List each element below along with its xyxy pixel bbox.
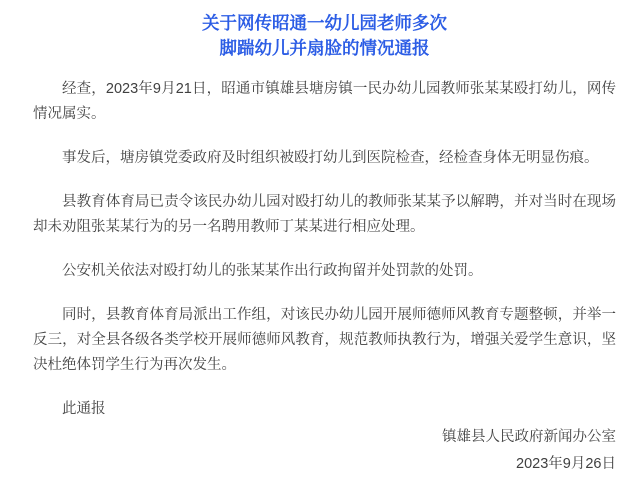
notice-paragraph-1: 经查，2023年9月21日，昭通市镇雄县塘房镇一民办幼儿园教师张某某殴打幼儿，网… [33, 77, 616, 127]
notice-issuer: 镇雄县人民政府新闻办公室 [33, 424, 616, 451]
notice-title: 关于网传昭通一幼儿园老师多次 脚踹幼儿并扇脸的情况通报 [33, 11, 616, 61]
notice-paragraph-3: 县教育体育局已责令该民办幼儿园对殴打幼儿的教师张某某予以解聘，并对当时在现场却未… [33, 190, 616, 240]
notice-body: 经查，2023年9月21日，昭通市镇雄县塘房镇一民办幼儿园教师张某某殴打幼儿，网… [33, 77, 616, 478]
notice-paragraph-4: 公安机关依法对殴打幼儿的张某某作出行政拘留并处罚款的处罚。 [33, 259, 616, 284]
notice-paragraph-2: 事发后，塘房镇党委政府及时组织被殴打幼儿到医院检查，经检查身体无明显伤痕。 [33, 146, 616, 171]
notice-date: 2023年9月26日 [33, 451, 616, 478]
notice-title-line1: 关于网传昭通一幼儿园老师多次 [202, 13, 447, 33]
notice-document: 关于网传昭通一幼儿园老师多次 脚踹幼儿并扇脸的情况通报 经查，2023年9月21… [0, 0, 640, 485]
notice-paragraph-5: 同时，县教育体育局派出工作组，对该民办幼儿园开展师德师风教育专题整顿，并举一反三… [33, 303, 616, 378]
notice-signature-block: 镇雄县人民政府新闻办公室 2023年9月26日 [33, 424, 616, 478]
notice-title-line2: 脚踹幼儿并扇脸的情况通报 [220, 38, 430, 58]
notice-closing-line: 此通报 [33, 397, 616, 422]
